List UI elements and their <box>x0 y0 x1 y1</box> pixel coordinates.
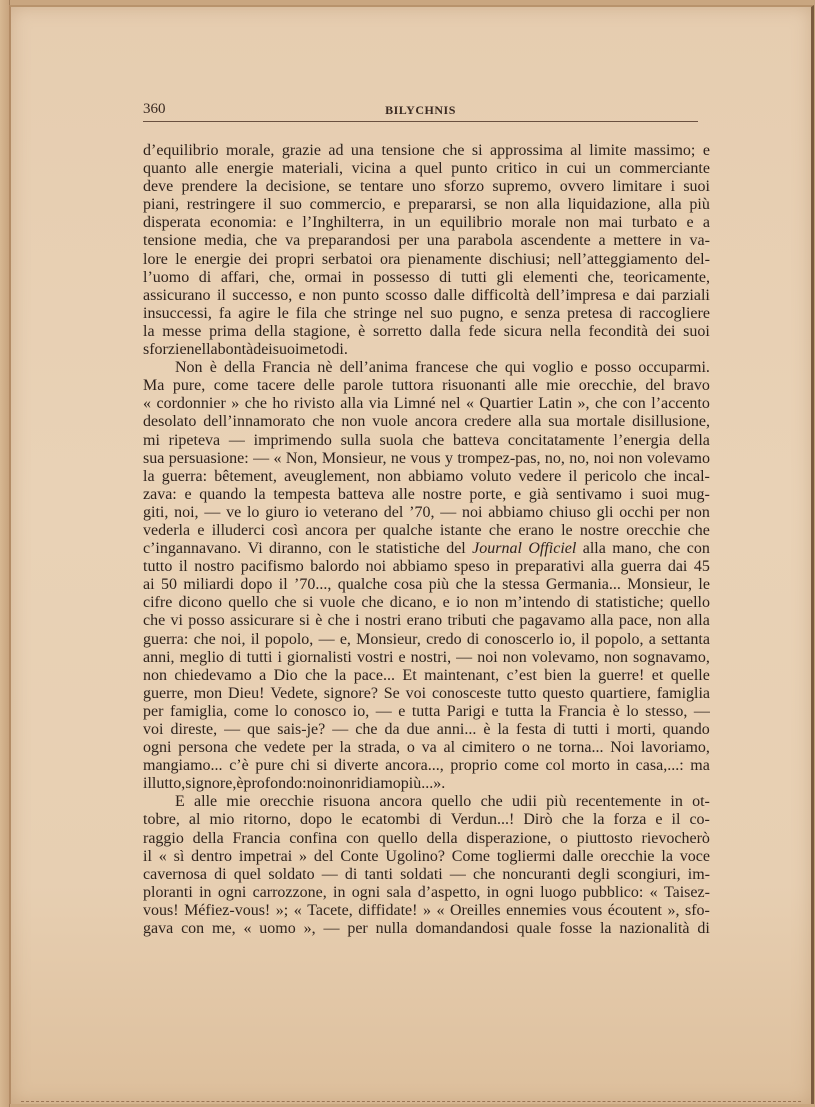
word: parziali <box>662 287 710 305</box>
word: tutto <box>507 685 536 703</box>
word: la <box>254 486 266 504</box>
word: noi <box>366 558 386 576</box>
word: écoutent <box>608 902 662 920</box>
word: del- <box>685 251 710 269</box>
word: quando <box>199 486 246 504</box>
text-line: chevipossoassicuraresiècheinostrieranotr… <box>143 612 710 630</box>
word: restringere <box>187 196 255 214</box>
word: « <box>436 902 444 920</box>
word: mangiamo... <box>143 757 223 775</box>
text-line: vederlaeilludercicosìancoraperqualcheist… <box>143 522 710 540</box>
word: Francia <box>262 359 310 377</box>
word: luogo <box>540 884 576 902</box>
word: degli <box>578 866 610 884</box>
word: ai <box>143 576 155 594</box>
word: desolato <box>143 413 196 431</box>
word: giti, <box>143 504 168 522</box>
word: Journal <box>472 540 522 558</box>
word: suola <box>380 432 414 450</box>
word: e <box>511 305 518 323</box>
word: c’è <box>229 757 249 775</box>
word: quelle <box>671 667 710 685</box>
word: che <box>456 576 478 594</box>
word: quello <box>431 793 471 811</box>
word: il <box>143 848 152 866</box>
word: orecchie <box>626 522 680 540</box>
word: Parigi <box>447 703 485 721</box>
word: nè <box>317 359 332 377</box>
word: suoi <box>683 323 710 341</box>
word: guerra: <box>143 631 188 649</box>
word: noi <box>594 450 614 468</box>
word: ve <box>226 504 241 522</box>
word: che <box>688 522 710 540</box>
word: ’70..., <box>294 576 331 594</box>
word: in <box>669 232 681 250</box>
word: col <box>545 757 565 775</box>
text-line: disperataeconomia:el’Inghilterra,inunequ… <box>143 214 710 232</box>
word: è <box>315 612 322 630</box>
word: no, <box>545 450 565 468</box>
word: vous <box>410 450 440 468</box>
word: » <box>299 848 307 866</box>
word: raggio <box>143 830 184 848</box>
word: anni, <box>143 649 175 667</box>
word: voglio <box>533 359 574 377</box>
word: guerre! <box>598 667 644 685</box>
text-line: il lutto, signore, è profondo: noi non r… <box>143 775 710 793</box>
word: piani, <box>143 196 179 214</box>
word: stessa <box>502 576 539 594</box>
word: nostre <box>580 522 619 540</box>
word: materiali, <box>282 160 343 178</box>
word: tempesta <box>273 486 330 504</box>
word: tutti <box>573 721 599 739</box>
word: tanti <box>364 866 392 884</box>
word: non <box>377 468 401 486</box>
word: ennemies <box>506 902 566 920</box>
word: ». <box>433 775 445 793</box>
word: le <box>358 540 370 558</box>
word: che <box>194 631 216 649</box>
word: occuparmi. <box>638 359 710 377</box>
word: alla <box>659 196 682 214</box>
word: il <box>263 196 272 214</box>
word: con <box>181 920 204 938</box>
word: è <box>358 323 365 341</box>
word: ascendente <box>521 232 591 250</box>
word: non <box>143 667 167 685</box>
word: ne <box>537 739 552 757</box>
word: teoricamente, <box>623 269 710 287</box>
word: bêtement, <box>214 468 277 486</box>
word: — <box>204 504 220 522</box>
text-line: ognipersonachevedeteperlastrada,ovaalcim… <box>143 739 710 757</box>
word: famiglia <box>657 685 710 703</box>
word: noi <box>307 775 327 793</box>
word: confina <box>289 830 337 848</box>
word: ancora <box>379 793 422 811</box>
word: affari, <box>221 269 259 287</box>
word: concitatamente <box>508 432 605 450</box>
word: alle <box>194 793 217 811</box>
word: e <box>686 214 693 232</box>
word: più... <box>401 775 433 793</box>
word: la <box>340 739 352 757</box>
word: commercio, <box>310 196 386 214</box>
text-line: cavernosadiquelsoldato—ditantisoldati—ch… <box>143 866 710 884</box>
word: in <box>199 884 211 902</box>
word: la <box>579 667 591 685</box>
word: va <box>285 232 300 250</box>
word: qualche <box>338 576 388 594</box>
word: per <box>312 739 332 757</box>
word: statistiche; <box>595 594 663 612</box>
word: e <box>179 341 186 359</box>
word: risuona <box>323 793 370 811</box>
word: Et <box>402 667 416 685</box>
word: vedete <box>264 739 306 757</box>
word: E <box>175 793 185 811</box>
word: in <box>496 558 508 576</box>
word: prepararsi, <box>408 196 476 214</box>
word: la <box>600 920 612 938</box>
word: alla <box>518 413 541 431</box>
word: se <box>484 196 497 214</box>
word: pienamente <box>408 251 482 269</box>
word: ne <box>391 450 406 468</box>
word: il <box>143 775 152 793</box>
word: raccogliere <box>639 305 710 323</box>
body-text: d’equilibriomorale,grazieadunatensionech… <box>143 142 710 938</box>
word: tutta <box>505 703 533 721</box>
word: noi <box>462 504 482 522</box>
word: la <box>335 667 347 685</box>
word: possesso <box>373 269 429 287</box>
word: l’energia <box>614 432 671 450</box>
word: al <box>444 739 456 757</box>
word: fede <box>468 323 496 341</box>
word: in <box>546 160 558 178</box>
word: c’ingannavano. <box>143 540 241 558</box>
word: non <box>619 450 643 468</box>
word: togliermi <box>497 848 556 866</box>
word: che <box>143 612 165 630</box>
word: disperata <box>143 214 201 232</box>
word: non <box>312 287 336 305</box>
word: delle <box>304 377 335 395</box>
word: nazionalità <box>619 920 689 938</box>
text-line: guerra:chenoi,ilpopolo,—e,Monsieur,credo… <box>143 631 710 649</box>
text-line: l’uomodiaffari,che,ormaiinpossessoditutt… <box>143 269 710 287</box>
word: tobre, <box>143 811 180 829</box>
word: si <box>472 142 483 160</box>
word: preparandosi <box>308 232 391 250</box>
word: già <box>529 486 549 504</box>
text-line: tobre,almioritorno,dopoleecatombidiVerdu… <box>143 811 710 829</box>
text-line: zava:equandolatempestabattevaallenostrep… <box>143 486 710 504</box>
word: dai <box>636 287 656 305</box>
word: di <box>619 305 631 323</box>
word: che <box>245 395 267 413</box>
word: e <box>299 287 306 305</box>
word: conosco <box>294 703 346 721</box>
word: suoi <box>273 341 300 359</box>
word: si <box>317 757 328 775</box>
word: la <box>143 468 155 486</box>
word: nostri, <box>411 649 451 667</box>
word: francese <box>415 359 468 377</box>
word: nulla <box>376 920 408 938</box>
word: piuttosto <box>577 830 633 848</box>
word: con <box>623 395 646 413</box>
word: nella <box>550 323 581 341</box>
word: casa,...: <box>636 757 684 775</box>
word: di <box>429 811 441 829</box>
word: in <box>333 884 345 902</box>
word: Come <box>452 848 490 866</box>
word: credere <box>464 413 511 431</box>
text-line: nonchiedevamoaDiochelapace...Etmaintenan… <box>143 667 710 685</box>
word: l’uomo <box>143 269 189 287</box>
word: equilibrio <box>440 214 502 232</box>
word: suo <box>430 305 452 323</box>
word: — <box>694 703 710 721</box>
word: dell’anima <box>340 359 408 377</box>
word: giuro <box>265 504 299 522</box>
word: che <box>492 612 514 630</box>
word: batteva <box>453 432 499 450</box>
word: e, <box>340 631 351 649</box>
word: ho <box>272 395 288 413</box>
word: cordonnier <box>156 395 225 413</box>
word: tentare <box>360 178 404 196</box>
word: bravo <box>673 377 709 395</box>
word: pacifismo <box>241 558 304 576</box>
text-line: loreleenergiedeipropriserbatoiorapiename… <box>143 251 710 269</box>
word: diverte <box>334 757 378 775</box>
word: di <box>467 631 479 649</box>
word: — <box>456 649 472 667</box>
word: tutti <box>461 269 487 287</box>
text-line: tensionemedia,chevapreparandosiperunapar… <box>143 232 710 250</box>
word: guerra: <box>162 468 207 486</box>
word: come <box>504 757 539 775</box>
word: che <box>361 594 383 612</box>
word: — <box>332 721 348 739</box>
word: o <box>522 739 530 757</box>
word: e <box>398 649 405 667</box>
word: ogni <box>143 739 171 757</box>
word: gava <box>143 920 173 938</box>
word: alle <box>392 486 415 504</box>
word: dischiusi; <box>489 251 550 269</box>
word: ot- <box>692 793 710 811</box>
word: co- <box>689 811 709 829</box>
word: sais-je? <box>277 721 325 739</box>
word: Non <box>175 359 203 377</box>
word: ogni <box>505 884 533 902</box>
word: rivisto <box>294 395 335 413</box>
word: in <box>617 757 629 775</box>
word: illuderci <box>212 522 265 540</box>
word: preparativi <box>515 558 584 576</box>
word: dei <box>248 251 268 269</box>
word: punto <box>451 160 487 178</box>
word: sforzi <box>143 341 179 359</box>
word: quanto <box>143 160 187 178</box>
word: l’Inghilterra, <box>302 214 383 232</box>
word: famiglia, <box>170 703 227 721</box>
word: parabola <box>458 232 513 250</box>
word: sfo- <box>685 902 710 920</box>
word: tensione <box>381 142 434 160</box>
word: punto <box>343 287 379 305</box>
word: mio <box>209 811 234 829</box>
text-line: miripeteva—imprimendosullasuolachebattev… <box>143 432 710 450</box>
word: con <box>346 830 369 848</box>
text-line: vous!Méfiez-vous!»;«Tacete,diffidate!»«O… <box>143 902 710 920</box>
page-bottom-edge <box>21 1101 801 1102</box>
word: stringe <box>353 305 397 323</box>
word: orecchie <box>600 848 654 866</box>
word: dell’innamorato <box>203 413 305 431</box>
word: credo <box>426 631 462 649</box>
word: è <box>236 775 243 793</box>
word: se <box>338 178 351 196</box>
word: 45 <box>694 558 710 576</box>
word: che <box>324 305 346 323</box>
word: settanta <box>661 631 710 649</box>
word: lavoriamo, <box>641 739 710 757</box>
word: morale <box>512 214 556 232</box>
word: propri <box>275 251 314 269</box>
word: Dirò <box>523 811 552 829</box>
word: serbatoi <box>322 251 373 269</box>
word: e <box>184 486 191 504</box>
word: più <box>689 196 709 214</box>
word: dopo <box>240 576 272 594</box>
word: cui <box>567 160 587 178</box>
word: morto <box>572 757 610 775</box>
word: impetrai <box>239 848 292 866</box>
word: morti, <box>617 721 656 739</box>
word: una <box>427 232 450 250</box>
word: che, <box>588 269 614 287</box>
word: un <box>595 160 611 178</box>
word: cifre <box>143 594 172 612</box>
word: qui <box>505 359 525 377</box>
word: forza <box>614 811 647 829</box>
word: soldato <box>268 866 314 884</box>
word: e <box>703 142 710 160</box>
word: sala <box>387 884 412 902</box>
word: media, <box>204 232 247 250</box>
word: il <box>179 558 188 576</box>
word: aveuglement, <box>284 468 370 486</box>
word: volevamo, <box>532 649 599 667</box>
word: che <box>562 811 584 829</box>
word: udii <box>512 793 537 811</box>
word: per <box>398 232 418 250</box>
word: bien <box>544 667 572 685</box>
word: in <box>393 214 405 232</box>
word: volevamo <box>647 450 710 468</box>
word: io <box>456 594 468 612</box>
word: vederla <box>143 522 190 540</box>
word: — <box>323 920 339 938</box>
word: ancora <box>305 522 348 540</box>
word: che, <box>269 269 295 287</box>
word: Oreilles <box>450 902 501 920</box>
word: della <box>224 359 255 377</box>
word: vous <box>572 902 602 920</box>
word: che <box>235 739 257 757</box>
word: ripeteva <box>169 432 221 450</box>
word: prima <box>209 323 246 341</box>
word: popolo, <box>595 631 643 649</box>
word: commerciante <box>619 160 710 178</box>
word: y <box>445 450 453 468</box>
word: cosa <box>394 576 422 594</box>
word: da <box>385 721 400 739</box>
word: che <box>422 432 444 450</box>
word: la <box>540 703 552 721</box>
word: che <box>658 540 680 558</box>
word: lo <box>626 703 638 721</box>
word: Quartier <box>480 395 533 413</box>
word: si <box>303 594 314 612</box>
word: stagione, <box>293 323 350 341</box>
word: per <box>660 504 680 522</box>
word: con <box>328 540 351 558</box>
word: sentivamo <box>556 486 622 504</box>
word: signore? <box>324 685 378 703</box>
text-line: Mapure,cometaceredelleparoletuttorarisuo… <box>143 377 710 395</box>
word: il <box>581 631 590 649</box>
word: quel <box>234 866 262 884</box>
word: voi <box>143 721 163 739</box>
word: ridiamo <box>351 775 401 793</box>
word: vuole <box>320 594 356 612</box>
word: vedere <box>519 468 562 486</box>
word: fa <box>219 305 231 323</box>
text-line: sforzi e nella bontà dei suoi metodi. <box>143 341 710 359</box>
word: approssima <box>490 142 563 160</box>
word: turbato <box>632 214 677 232</box>
word: batteva <box>338 486 384 504</box>
word: che <box>644 468 666 486</box>
text-line: il«sìdentroimpetrai»delConteUgolino?Come… <box>143 848 710 866</box>
word: assicurano <box>143 287 211 305</box>
word: che <box>595 395 617 413</box>
text-line: insuccessi,faagirelefilachestringenelsuo… <box>143 305 710 323</box>
word: non <box>327 775 351 793</box>
word: e <box>655 811 662 829</box>
word: suo <box>280 196 302 214</box>
word: proprio <box>450 757 497 775</box>
word: guerra <box>620 558 661 576</box>
word: tacere <box>257 377 295 395</box>
word: imprimendo <box>254 432 332 450</box>
word: elementi <box>523 269 578 287</box>
word: porte, <box>469 486 506 504</box>
word: Noi <box>610 739 634 757</box>
word: c’est <box>507 667 537 685</box>
word: speso <box>454 558 490 576</box>
word: supremo, <box>492 178 551 196</box>
word: abbiamo <box>393 558 448 576</box>
